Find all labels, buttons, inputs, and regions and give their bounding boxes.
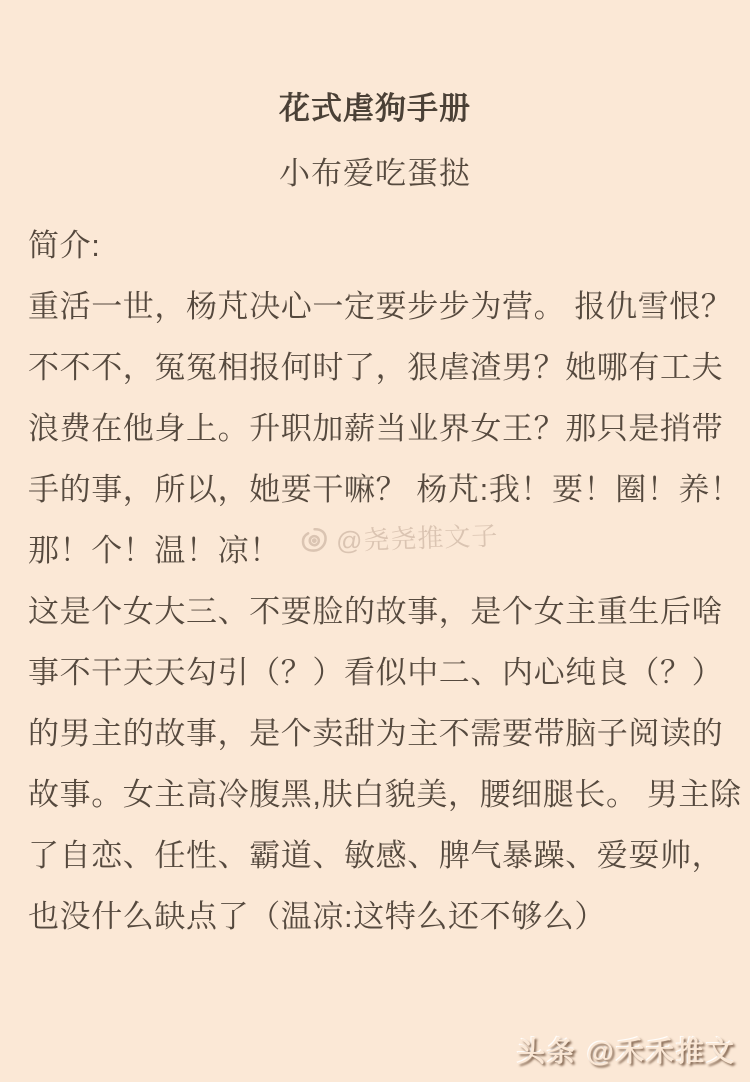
intro-line: 了自恋、任性、霸道、敏感、脾气暴躁、爱耍帅， xyxy=(28,825,722,886)
intro-heading: 简介: xyxy=(28,215,722,276)
intro-line: 故事。女主高冷腹黑,肤白貌美，腰细腿长。 男主除 xyxy=(28,764,722,825)
intro-section: 简介: 重活一世，杨芃决心一定要步步为营。 报仇雪恨？ 不不不，冤冤相报何时了，… xyxy=(28,215,722,947)
intro-line: 的男主的故事，是个卖甜为主不需要带脑子阅读的 xyxy=(28,703,722,764)
intro-line: 事不干天天勾引（？）看似中二、内心纯良（？） xyxy=(28,642,722,703)
intro-line: 不不不，冤冤相报何时了，狠虐渣男？她哪有工夫 xyxy=(28,337,722,398)
intro-line: 重活一世，杨芃决心一定要步步为营。 报仇雪恨？ xyxy=(28,276,722,337)
toutiao-watermark: 头条 @禾禾推文 xyxy=(517,1038,736,1066)
intro-line: 也没什么缺点了（温凉:这特么还不够么） xyxy=(28,886,722,947)
book-title: 花式虐狗手册 xyxy=(28,92,722,126)
intro-line: 浪费在他身上。升职加薪当业界女王？那只是捎带 xyxy=(28,398,722,459)
intro-line: 这是个女大三、不要脸的故事，是个女主重生后啥 xyxy=(28,581,722,642)
novel-intro-page: 花式虐狗手册 小布爱吃蛋挞 简介: 重活一世，杨芃决心一定要步步为营。 报仇雪恨… xyxy=(0,0,750,1082)
intro-line: 那！个！温！凉！ xyxy=(28,520,722,581)
intro-line: 手的事，所以，她要干嘛？ 杨芃:我！要！圈！养！ xyxy=(28,459,722,520)
book-author: 小布爱吃蛋挞 xyxy=(28,157,722,191)
